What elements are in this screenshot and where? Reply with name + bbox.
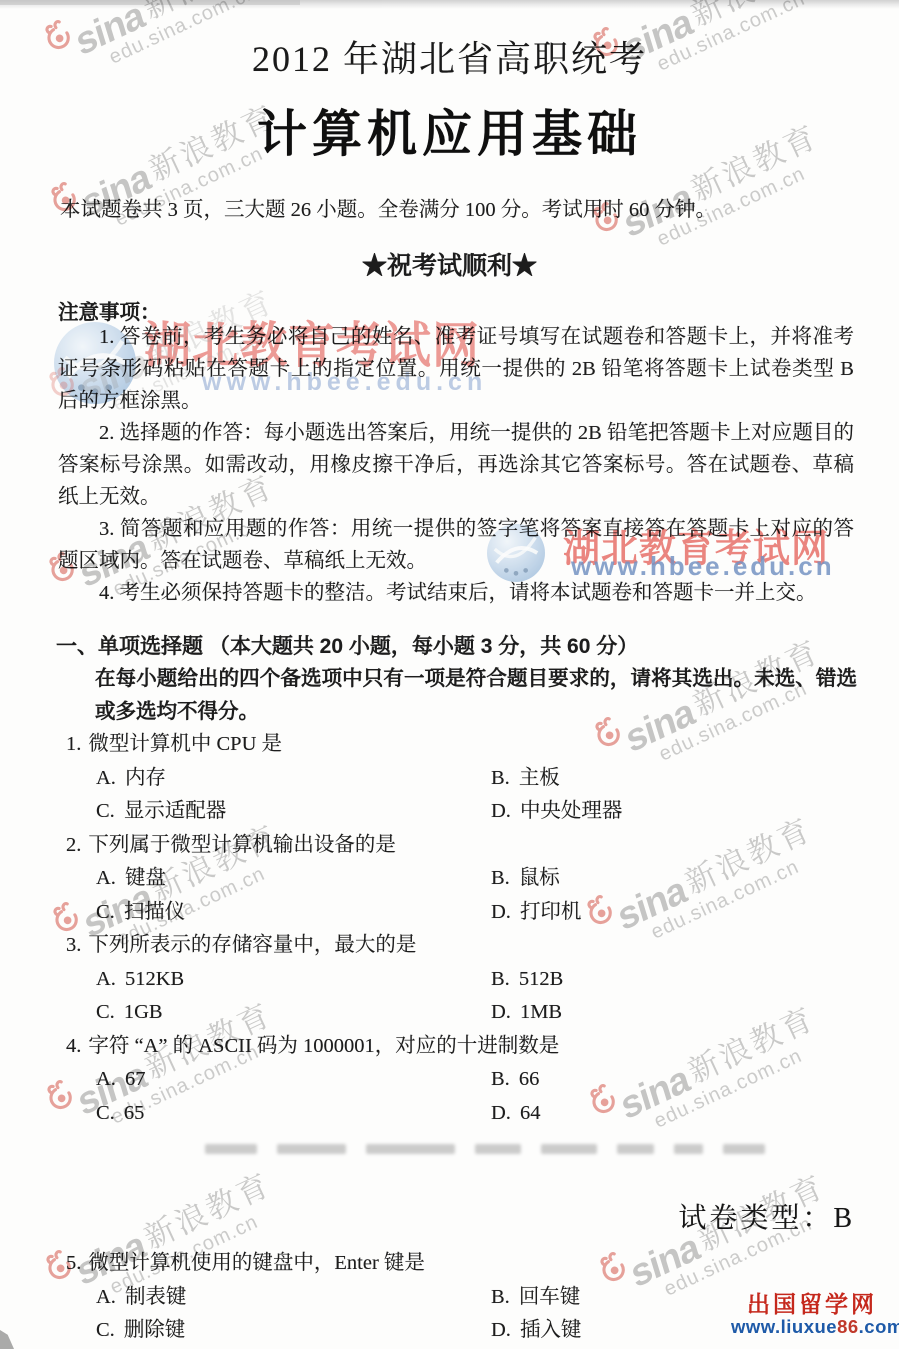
option-c: C.扫描仪 <box>58 896 453 930</box>
notice-item-4: 4. 考生必须保持答题卡的整洁。考试结束后，请将本试题卷和答题卡一并上交。 <box>58 577 854 609</box>
section-one-heading: 一、单项选择题 （本大题共 20 小题，每小题 3 分，共 60 分） <box>56 630 638 660</box>
question-stem-row: 1.微型计算机中 CPU 是 <box>58 728 858 762</box>
option-label: C. <box>96 1319 115 1341</box>
question-options: A.67 B.66 C.65 D.64 <box>58 1063 858 1130</box>
question-stem-row: 3.下列所表示的存储容量中，最大的是 <box>58 929 858 963</box>
option-text: 删除键 <box>124 1319 186 1341</box>
option-label: D. <box>491 1001 511 1023</box>
notice-body: 1. 答卷前，考生务必将自己的姓名、准考证号填写在试题卷和答题卡上，并将准考证号… <box>58 321 854 609</box>
question-options: A.512KB B.512B C.1GB D.1MB <box>58 963 858 1030</box>
option-text: 内存 <box>125 767 166 789</box>
option-label: C. <box>96 1001 115 1023</box>
question-stem-row: 5.微型计算机使用的键盘中，Enter 键是 <box>58 1247 858 1281</box>
question-2: 2.下列属于微型计算机输出设备的是 A.键盘 B.鼠标 C.扫描仪 D.打印机 <box>58 829 858 930</box>
exam-content: 2012 年湖北省高职统考 计算机应用基础 本试题卷共 3 页，三大题 26 小… <box>0 0 899 1349</box>
option-b: B.512B <box>453 963 858 997</box>
option-label: D. <box>491 1102 511 1124</box>
option-label: C. <box>96 800 115 822</box>
option-label: B. <box>491 1286 510 1308</box>
question-3: 3.下列所表示的存储容量中，最大的是 A.512KB B.512B C.1GB … <box>58 929 858 1030</box>
option-label: A. <box>96 867 116 889</box>
option-label: B. <box>491 968 510 990</box>
option-a: A.制表键 <box>58 1281 453 1315</box>
question-stem-row: 2.下列属于微型计算机输出设备的是 <box>58 829 858 863</box>
question-4: 4.字符 “A” 的 ASCII 码为 1000001，对应的十进制数是 A.6… <box>58 1030 858 1131</box>
liuxue86-logo: 出国留学网 www.liuxue86.com <box>731 1291 893 1337</box>
option-label: A. <box>96 968 116 990</box>
notice-item-3: 3. 简答题和应用题的作答：用统一提供的签字笔将答案直接答在答题卡上对应的答题区… <box>58 513 854 577</box>
liuxue86-url-left: www.liuxue <box>731 1316 837 1337</box>
question-stem: 下列所表示的存储容量中，最大的是 <box>88 934 416 956</box>
option-label: B. <box>491 767 510 789</box>
question-options: A.内存 B.主板 C.显示适配器 D.中央处理器 <box>58 762 858 829</box>
question-number: 4. <box>66 1035 81 1057</box>
option-b: B.主板 <box>453 762 858 796</box>
liuxue86-site-name: 出国留学网 <box>731 1291 893 1317</box>
option-label: B. <box>491 867 510 889</box>
option-text: 512KB <box>125 968 184 990</box>
question-number: 3. <box>66 934 81 956</box>
question-stem: 微型计算机使用的键盘中，Enter 键是 <box>88 1252 425 1274</box>
option-label: D. <box>491 901 511 923</box>
option-a: A.键盘 <box>58 862 453 896</box>
question-stem: 字符 “A” 的 ASCII 码为 1000001，对应的十进制数是 <box>88 1035 559 1057</box>
question-stem-row: 4.字符 “A” 的 ASCII 码为 1000001，对应的十进制数是 <box>58 1030 858 1064</box>
option-label: B. <box>491 1068 510 1090</box>
smudge-mark <box>205 1144 257 1154</box>
option-d: D.打印机 <box>453 896 858 930</box>
subject-title: 计算机应用基础 <box>0 94 899 166</box>
option-b: B.66 <box>453 1063 858 1097</box>
option-text: 1GB <box>124 1001 163 1023</box>
option-label: C. <box>96 1102 115 1124</box>
liuxue86-site-url: www.liuxue86.com <box>731 1317 893 1337</box>
option-a: A.内存 <box>58 762 453 796</box>
smudge-mark <box>277 1144 346 1154</box>
option-text: 67 <box>125 1068 146 1090</box>
smudge-mark <box>475 1144 521 1154</box>
exam-title: 2012 年湖北省高职统考 <box>0 31 899 82</box>
option-label: C. <box>96 901 115 923</box>
smudge-mark <box>617 1144 654 1154</box>
option-text: 中央处理器 <box>520 800 623 822</box>
option-text: 1MB <box>520 1001 562 1023</box>
smudge-mark <box>723 1144 765 1154</box>
option-text: 打印机 <box>520 901 582 923</box>
liuxue86-url-number: 86 <box>837 1316 859 1337</box>
paper-type-label: 试卷类型：B <box>678 1196 855 1236</box>
smudge-mark <box>366 1144 455 1154</box>
question-number: 2. <box>66 834 81 856</box>
option-b: B.鼠标 <box>453 862 858 896</box>
question-stem: 微型计算机中 CPU 是 <box>88 733 282 755</box>
option-d: D.中央处理器 <box>453 795 858 829</box>
option-text: 64 <box>520 1102 541 1124</box>
question-list: 1.微型计算机中 CPU 是 A.内存 B.主板 C.显示适配器 D.中央处理器… <box>58 728 858 1130</box>
exam-wish-line: ★祝考试顺利★ <box>0 246 899 282</box>
option-text: 制表键 <box>125 1286 187 1308</box>
question-number: 5. <box>66 1252 81 1274</box>
notice-item-1: 1. 答卷前，考生务必将自己的姓名、准考证号填写在试题卷和答题卡上，并将准考证号… <box>58 321 854 417</box>
option-label: D. <box>491 800 511 822</box>
scanned-exam-page: 2012 年湖北省高职统考 计算机应用基础 本试题卷共 3 页，三大题 26 小… <box>0 0 899 1349</box>
option-c: C.1GB <box>58 996 453 1030</box>
option-c: C.删除键 <box>58 1314 453 1348</box>
option-text: 键盘 <box>125 867 166 889</box>
option-text: 显示适配器 <box>124 800 227 822</box>
question-1: 1.微型计算机中 CPU 是 A.内存 B.主板 C.显示适配器 D.中央处理器 <box>58 728 858 829</box>
section-one-instruction: 在每小题给出的四个备选项中只有一项是符合题目要求的，请将其选出。未选、错选或多选… <box>95 662 857 728</box>
option-text: 鼠标 <box>519 867 560 889</box>
option-c: C.显示适配器 <box>58 795 453 829</box>
option-text: 插入键 <box>520 1319 582 1341</box>
option-text: 主板 <box>519 767 560 789</box>
question-number: 1. <box>66 733 81 755</box>
option-c: C.65 <box>58 1097 453 1131</box>
option-label: D. <box>491 1319 511 1341</box>
option-text: 扫描仪 <box>124 901 186 923</box>
liuxue86-url-right: .com <box>859 1316 899 1337</box>
notice-item-2: 2. 选择题的作答：每小题选出答案后，用统一提供的 2B 铅笔把答题卡上对应题目… <box>58 417 854 513</box>
option-text: 512B <box>519 968 563 990</box>
option-text: 回车键 <box>519 1286 581 1308</box>
smudge-mark <box>674 1144 703 1154</box>
option-a: A.67 <box>58 1063 453 1097</box>
option-text: 66 <box>519 1068 540 1090</box>
paper-info-line: 本试题卷共 3 页，三大题 26 小题。全卷满分 100 分。考试用时 60 分… <box>60 192 716 222</box>
question-options: A.键盘 B.鼠标 C.扫描仪 D.打印机 <box>58 862 858 929</box>
option-label: A. <box>96 767 116 789</box>
scan-corner-artifact <box>0 1330 14 1349</box>
option-a: A.512KB <box>58 963 453 997</box>
option-d: D.1MB <box>453 996 858 1030</box>
option-label: A. <box>96 1286 116 1308</box>
option-text: 65 <box>124 1102 145 1124</box>
option-label: A. <box>96 1068 116 1090</box>
question-stem: 下列属于微型计算机输出设备的是 <box>88 834 396 856</box>
scan-top-edge-artifact <box>0 0 899 9</box>
faint-illegible-watermark-row <box>205 1141 765 1157</box>
smudge-mark <box>541 1144 597 1154</box>
option-d: D.64 <box>453 1097 858 1131</box>
